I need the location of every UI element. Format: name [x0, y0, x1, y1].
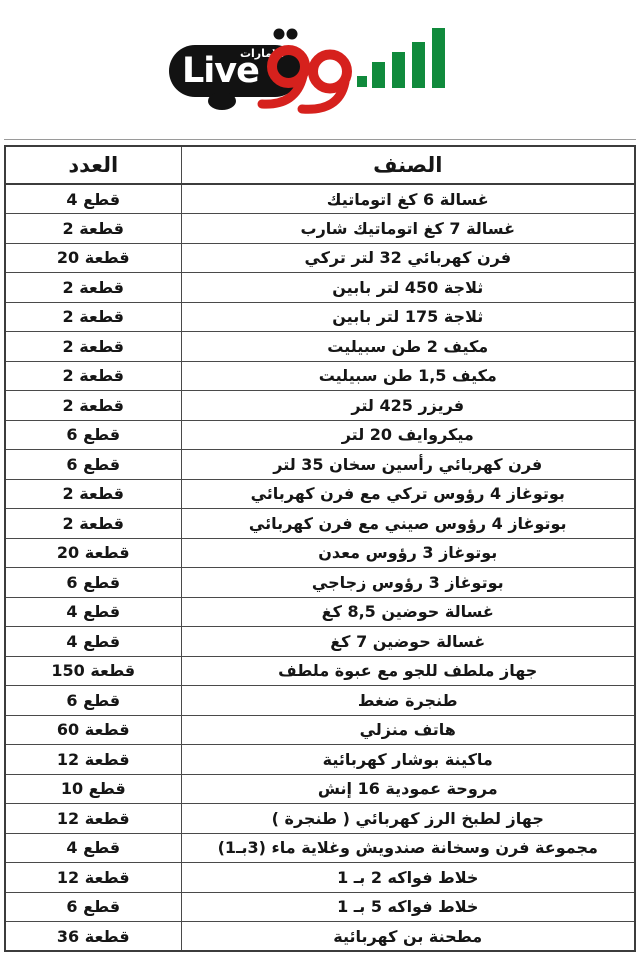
- table-row: 20 قطعة بوتوغاز 3 رؤوس معدن: [5, 538, 635, 568]
- table-row: 6 قطع خلاط فواكه 5 بـ 1: [5, 892, 635, 922]
- qty-cell: 20 قطعة: [5, 538, 181, 568]
- table-row: 36 قطعة مطحنة بن كهربائية: [5, 922, 635, 952]
- table-row: 20 قطعة فرن كهربائي 32 لتر تركي: [5, 243, 635, 273]
- item-cell: فرن كهربائي رأسين سخان 35 لتر: [181, 450, 635, 480]
- qty-cell: 2 قطعة: [5, 361, 181, 391]
- qty-cell: 36 قطعة: [5, 922, 181, 952]
- qty-cell: 6 قطع: [5, 420, 181, 450]
- table-row: 4 قطع غسالة حوضين 8,5 كغ: [5, 597, 635, 627]
- table-body: 4 قطع غسالة 6 كغ اتوماتيك 2 قطعة غسالة 7…: [5, 184, 635, 951]
- table-row: 2 قطعة فريزر 425 لتر: [5, 391, 635, 421]
- item-cell: مكيف 1,5 طن سبيليت: [181, 361, 635, 391]
- qty-cell: 10 قطع: [5, 774, 181, 804]
- item-cell: مجموعة فرن وسخانة صندويش وغلاية ماء (3بـ…: [181, 833, 635, 863]
- qaf-dots-icon: [274, 29, 298, 40]
- qty-cell: 2 قطعة: [5, 509, 181, 539]
- qty-cell: 6 قطع: [5, 568, 181, 598]
- qty-cell: 20 قطعة: [5, 243, 181, 273]
- table-row: 4 قطع غسالة 6 كغ اتوماتيك: [5, 184, 635, 214]
- table-row: 4 قطع غسالة حوضين 7 كغ: [5, 627, 635, 657]
- item-cell: مطحنة بن كهربائية: [181, 922, 635, 952]
- item-cell: بوتوغاز 3 رؤوس معدن: [181, 538, 635, 568]
- table-row: 2 قطعة غسالة 7 كغ اتوماتيك شارب: [5, 214, 635, 244]
- count-header: العدد: [5, 146, 181, 184]
- item-cell: هاتف منزلي: [181, 715, 635, 745]
- item-cell: فرن كهربائي 32 لتر تركي: [181, 243, 635, 273]
- table-row: 2 قطعة بوتوغاز 4 رؤوس تركي مع فرن كهربائ…: [5, 479, 635, 509]
- item-cell: غسالة 6 كغ اتوماتيك: [181, 184, 635, 214]
- table-row: 12 قطعة خلاط فواكه 2 بـ 1: [5, 863, 635, 893]
- qty-cell: 4 قطع: [5, 627, 181, 657]
- table-row: 6 قطع ميكروايف 20 لتر: [5, 420, 635, 450]
- table-row: 2 قطعة ثلاجة 175 لتر بابين: [5, 302, 635, 332]
- item-cell: بوتوغاز 4 رؤوس صيني مع فرن كهربائي: [181, 509, 635, 539]
- logo-artwork: [163, 12, 463, 122]
- item-cell: مروحة عمودية 16 إنش: [181, 774, 635, 804]
- table-row: 6 قطع طنجرة ضغط: [5, 686, 635, 716]
- item-cell: غسالة حوضين 7 كغ: [181, 627, 635, 657]
- qty-cell: 2 قطعة: [5, 332, 181, 362]
- table-row: 6 قطع فرن كهربائي رأسين سخان 35 لتر: [5, 450, 635, 480]
- qty-cell: 12 قطعة: [5, 745, 181, 775]
- table-row: 4 قطع مجموعة فرن وسخانة صندويش وغلاية ما…: [5, 833, 635, 863]
- qty-cell: 6 قطع: [5, 686, 181, 716]
- qty-cell: 12 قطعة: [5, 863, 181, 893]
- waqt-arabic-calligraphy-icon: [262, 50, 347, 109]
- item-cell: طنجرة ضغط: [181, 686, 635, 716]
- emarat-live-logo: الإمارات Live: [163, 12, 463, 122]
- item-cell: ثلاجة 450 لتر بابين: [181, 273, 635, 303]
- table-row: 150 قطعة جهاز ملطف للجو مع عبوة ملطف: [5, 656, 635, 686]
- qty-cell: 2 قطعة: [5, 302, 181, 332]
- qty-cell: 4 قطع: [5, 597, 181, 627]
- qty-cell: 2 قطعة: [5, 479, 181, 509]
- table-row: 2 قطعة مكيف 1,5 طن سبيليت: [5, 361, 635, 391]
- qty-cell: 60 قطعة: [5, 715, 181, 745]
- item-cell: غسالة 7 كغ اتوماتيك شارب: [181, 214, 635, 244]
- item-cell: جهاز لطبخ الرز كهربائي ( طنجرة ): [181, 804, 635, 834]
- table-row: 2 قطعة مكيف 2 طن سبيليت: [5, 332, 635, 362]
- ink-dot-icon: [208, 92, 236, 110]
- table-row: 6 قطع بوتوغاز 3 رؤوس زجاجي: [5, 568, 635, 598]
- item-cell: ميكروايف 20 لتر: [181, 420, 635, 450]
- qty-cell: 4 قطع: [5, 184, 181, 214]
- item-header: الصنف: [181, 146, 635, 184]
- table-row: 12 قطعة ماكينة بوشار كهربائية: [5, 745, 635, 775]
- table-row: 10 قطع مروحة عمودية 16 إنش: [5, 774, 635, 804]
- item-cell: غسالة حوضين 8,5 كغ: [181, 597, 635, 627]
- qty-cell: 2 قطعة: [5, 391, 181, 421]
- item-cell: بوتوغاز 3 رؤوس زجاجي: [181, 568, 635, 598]
- item-cell: خلاط فواكه 2 بـ 1: [181, 863, 635, 893]
- qty-cell: 2 قطعة: [5, 214, 181, 244]
- page-root: { "logo": { "live_label": "Live", "emira…: [0, 0, 639, 957]
- qty-cell: 6 قطع: [5, 892, 181, 922]
- table-row: 12 قطعة جهاز لطبخ الرز كهربائي ( طنجرة ): [5, 804, 635, 834]
- item-cell: ماكينة بوشار كهربائية: [181, 745, 635, 775]
- qty-cell: 4 قطع: [5, 833, 181, 863]
- item-cell: فريزر 425 لتر: [181, 391, 635, 421]
- rising-bar-chart-icon: [357, 28, 445, 88]
- item-cell: مكيف 2 طن سبيليت: [181, 332, 635, 362]
- table-row: 60 قطعة هاتف منزلي: [5, 715, 635, 745]
- table-header-row: العدد الصنف: [5, 146, 635, 184]
- inventory-table: العدد الصنف 4 قطع غسالة 6 كغ اتوماتيك 2 …: [4, 145, 636, 952]
- table-row: 2 قطعة بوتوغاز 4 رؤوس صيني مع فرن كهربائ…: [5, 509, 635, 539]
- scan-artifact-line: [4, 139, 636, 140]
- qty-cell: 12 قطعة: [5, 804, 181, 834]
- table-row: 2 قطعة ثلاجة 450 لتر بابين: [5, 273, 635, 303]
- item-cell: ثلاجة 175 لتر بابين: [181, 302, 635, 332]
- item-cell: جهاز ملطف للجو مع عبوة ملطف: [181, 656, 635, 686]
- qty-cell: 150 قطعة: [5, 656, 181, 686]
- qty-cell: 6 قطع: [5, 450, 181, 480]
- item-cell: خلاط فواكه 5 بـ 1: [181, 892, 635, 922]
- qty-cell: 2 قطعة: [5, 273, 181, 303]
- item-cell: بوتوغاز 4 رؤوس تركي مع فرن كهربائي: [181, 479, 635, 509]
